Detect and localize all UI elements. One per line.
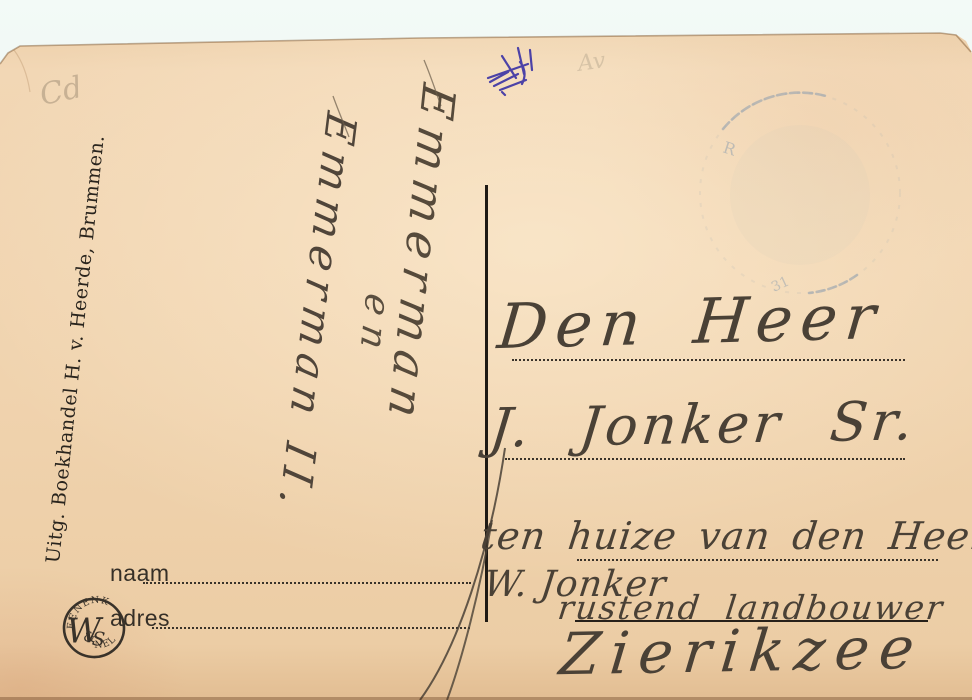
blue-ink-scribble <box>488 48 532 95</box>
j-descender-flourish <box>420 448 505 700</box>
ink-stroke-layer <box>0 0 972 700</box>
photo-background: R 31 Uitg. Boekhandel H. v. Heerde, Brum… <box>0 0 972 700</box>
pen-leadin-stroke-1 <box>424 60 441 106</box>
pen-leadin-stroke-2 <box>333 96 349 137</box>
postcard-back: R 31 Uitg. Boekhandel H. v. Heerde, Brum… <box>0 0 972 700</box>
